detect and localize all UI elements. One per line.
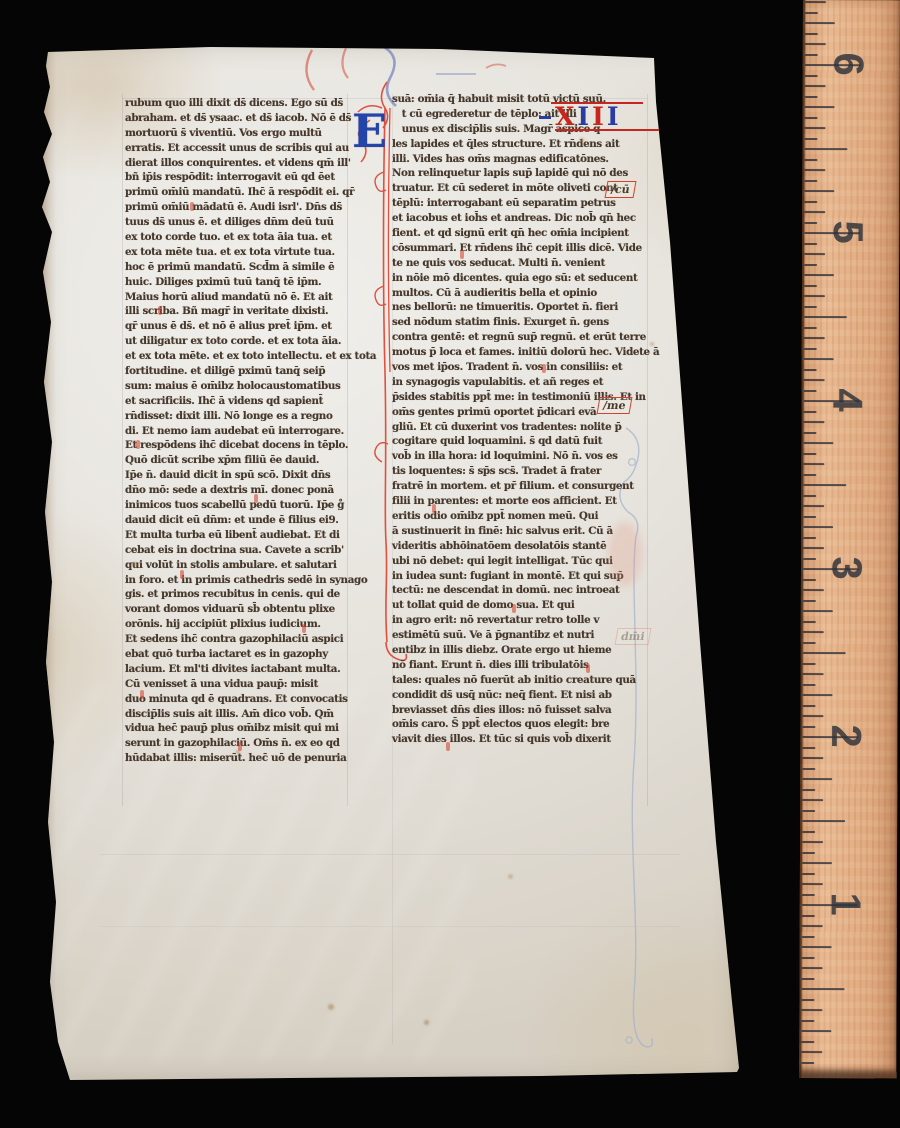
wooden-ruler: 654321 bbox=[799, 0, 900, 1078]
leaf-edge-shading bbox=[40, 42, 740, 1082]
rubrication-mark bbox=[158, 306, 162, 315]
ruler-number: 3 bbox=[823, 556, 871, 580]
ruler-number: 1 bbox=[821, 892, 869, 916]
rubrication-mark bbox=[446, 742, 450, 751]
rubrication-mark bbox=[586, 664, 590, 673]
rubrication-mark bbox=[460, 250, 464, 259]
rubrication-mark bbox=[238, 742, 242, 751]
chapter-flourish bbox=[659, 119, 681, 126]
rubrication-mark bbox=[432, 504, 436, 513]
rubrication-mark bbox=[254, 494, 258, 503]
ruler-number: 4 bbox=[823, 388, 871, 412]
ruler-number: 6 bbox=[824, 52, 872, 76]
rubrication-mark bbox=[140, 690, 144, 699]
rubrication-mark bbox=[180, 570, 184, 579]
rubrication-mark bbox=[136, 440, 140, 449]
rubrication-mark bbox=[190, 202, 194, 211]
manuscript-leaf: rubum quo illi dixit ds̄ dicens. Ego sū … bbox=[40, 42, 740, 1082]
ruler-numbers: 654321 bbox=[799, 0, 900, 1078]
photo-background: rubum quo illi dixit ds̄ dicens. Ego sū … bbox=[0, 0, 900, 1128]
rubrication-mark bbox=[302, 624, 306, 633]
ruler-number: 5 bbox=[824, 220, 872, 244]
rubrication-mark bbox=[542, 364, 546, 373]
ruler-number: 2 bbox=[822, 724, 870, 748]
rubrication-mark bbox=[512, 604, 516, 613]
